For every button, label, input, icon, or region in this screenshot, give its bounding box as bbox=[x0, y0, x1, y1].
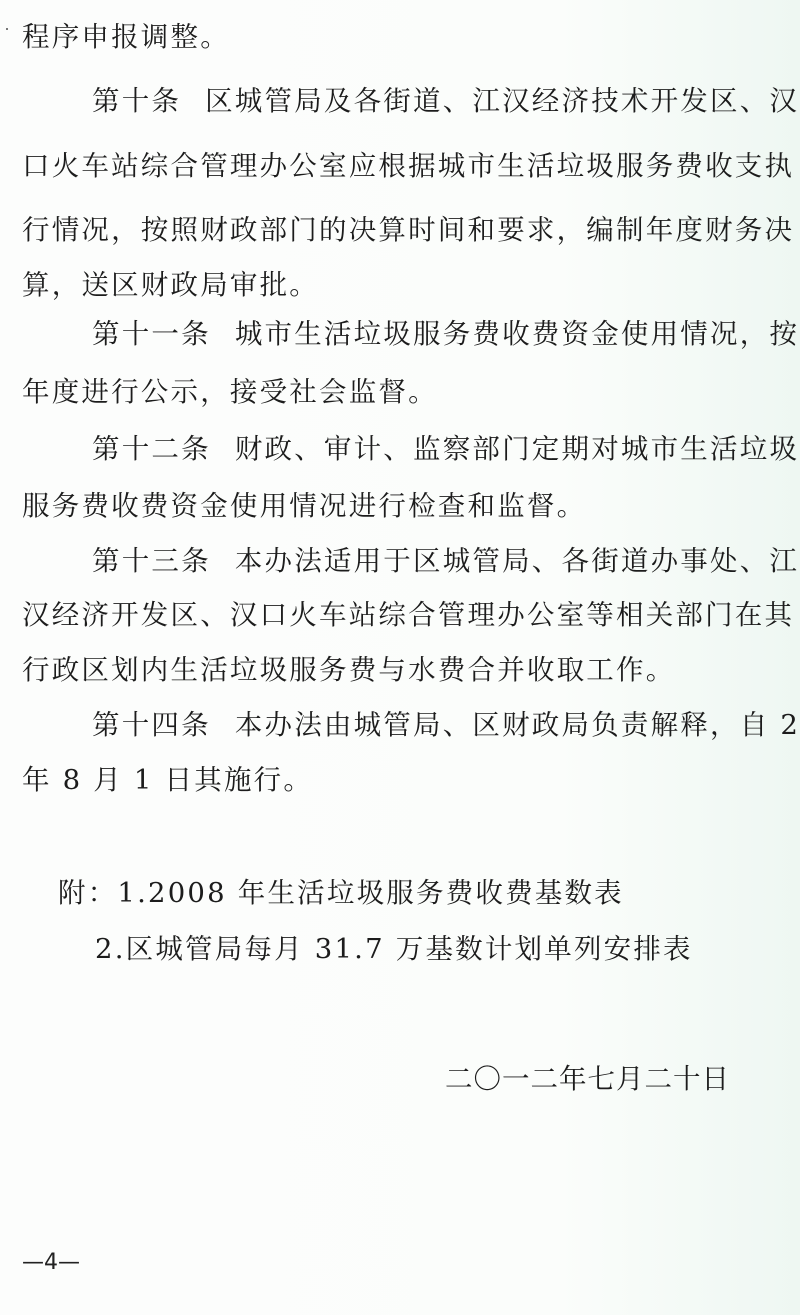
article-13-line-2: 汉经济开发区、汉口火车站综合管理办公室等相关部门在其 bbox=[22, 598, 794, 632]
article-14-line-1: 第十四条本办法由城管局、区财政局负责解释，自 2012 bbox=[92, 708, 800, 742]
attachment-line-1: 附：1.2008 年生活垃圾服务费收费基数表 bbox=[58, 876, 624, 910]
article-11-heading: 第十一条 bbox=[92, 318, 211, 350]
article-10-heading: 第十条 bbox=[92, 85, 181, 117]
article-10-text: 区城管局及各街道、江汉经济技术开发区、汉 bbox=[205, 85, 799, 117]
article-13-heading: 第十三条 bbox=[92, 545, 211, 577]
article-10-line-4: 算，送区财政局审批。 bbox=[22, 268, 319, 302]
article-14-line-2: 年 8 月 1 日其施行。 bbox=[22, 763, 313, 797]
article-13-line-1: 第十三条本办法适用于区城管局、各街道办事处、江 bbox=[92, 544, 799, 578]
page-number: —4— bbox=[22, 1250, 80, 1275]
scan-speck bbox=[6, 28, 8, 30]
article-10-line-3: 行情况，按照财政部门的决算时间和要求，编制年度财务决 bbox=[22, 213, 794, 247]
article-11-line-2: 年度进行公示，接受社会监督。 bbox=[22, 375, 438, 409]
article-13-text: 本办法适用于区城管局、各街道办事处、江 bbox=[235, 545, 799, 577]
article-12-heading: 第十二条 bbox=[92, 433, 211, 465]
article-12-line-2: 服务费收费资金使用情况进行检查和监督。 bbox=[22, 489, 586, 523]
document-page: 程序申报调整。 第十条区城管局及各街道、江汉经济技术开发区、汉 口火车站综合管理… bbox=[0, 0, 800, 1315]
article-12-line-1: 第十二条财政、审计、监察部门定期对城市生活垃圾 bbox=[92, 432, 799, 466]
article-14-text: 本办法由城管局、区财政局负责解释，自 2012 bbox=[235, 709, 800, 741]
attachment-label: 附： bbox=[58, 877, 117, 909]
article-13-line-3: 行政区划内生活垃圾服务费与水费合并收取工作。 bbox=[22, 653, 675, 687]
article-11-line-1: 第十一条城市生活垃圾服务费收费资金使用情况，按 bbox=[92, 317, 799, 351]
article-11-text: 城市生活垃圾服务费收费资金使用情况，按 bbox=[235, 318, 799, 350]
article-12-text: 财政、审计、监察部门定期对城市生活垃圾 bbox=[235, 433, 799, 465]
attachment-item-2: 2.区城管局每月 31.7 万基数计划单列安排表 bbox=[95, 932, 693, 966]
continuation-text: 程序申报调整。 bbox=[22, 20, 230, 54]
attachment-item-1: 1.2008 年生活垃圾服务费收费基数表 bbox=[117, 877, 623, 909]
article-10-line-1: 第十条区城管局及各街道、江汉经济技术开发区、汉 bbox=[92, 84, 799, 118]
article-10-line-2: 口火车站综合管理办公室应根据城市生活垃圾服务费收支执 bbox=[22, 149, 794, 183]
article-14-heading: 第十四条 bbox=[92, 709, 211, 741]
document-date: 二〇一二年七月二十日 bbox=[290, 1062, 730, 1096]
